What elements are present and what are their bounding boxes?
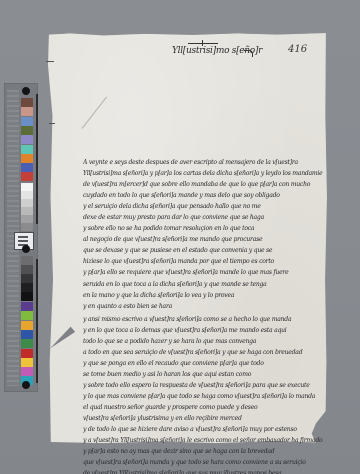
- color-patch: [21, 172, 33, 181]
- text-line: de v[uest]ra m[ercer]d que sobre ello ma…: [83, 179, 323, 190]
- color-patch: [21, 117, 33, 126]
- margin-tick: [49, 123, 55, 124]
- letter-body: A veynte e seys deste despues de aver es…: [83, 157, 323, 474]
- gray-patch: [21, 292, 33, 301]
- text-line: y sobre todo ello espero la respuesta de…: [83, 380, 323, 391]
- margin-tick: [46, 61, 54, 62]
- color-patch: [21, 126, 33, 135]
- text-line: y ansi mismo escrivo a v[uest]ra s[eñori…: [83, 314, 323, 325]
- color-calibration-chart: [4, 83, 38, 392]
- color-patch: [21, 154, 33, 163]
- gray-patch: [21, 215, 33, 223]
- text-line: cuydado en todo lo que s[eñori]a mande y…: [83, 190, 323, 201]
- gray-patch: [21, 256, 33, 265]
- cross-icon: [188, 43, 218, 44]
- registration-dot: [22, 87, 30, 95]
- text-line: se tome buen medio y asi lo haran los qu…: [83, 369, 323, 380]
- color-patch: [21, 339, 33, 348]
- text-line: y de todo lo que se hiziere dare aviso a…: [83, 424, 323, 435]
- text-line: A veynte e seys deste despues de aver es…: [83, 157, 323, 168]
- gray-patch: [21, 191, 33, 199]
- text-line: y en quanto a esto bien se hara: [83, 301, 323, 312]
- text-line: que v[uest]ra s[eñori]a manda y que todo…: [83, 457, 323, 468]
- text-line: y lo que mas conviene p[ar]a que todo se…: [83, 391, 323, 402]
- color-patch: [21, 330, 33, 339]
- text-line: que se dexase y que se pusiese en el est…: [83, 245, 323, 256]
- color-patch: [21, 302, 33, 311]
- text-line: en la mano y que la dicha s[eñori]a lo v…: [83, 290, 323, 301]
- text-line: el qual nuestro señor guarde y prospere …: [83, 402, 323, 413]
- text-line: y en lo que toca a lo demas que v[uest]r…: [83, 325, 323, 336]
- text-line: v[uest]ra s[eñori]a ylustrisima y en ell…: [83, 413, 323, 424]
- color-patch: [21, 311, 33, 320]
- color-patch: [21, 163, 33, 172]
- color-patch: [21, 358, 33, 367]
- gray-patch: [21, 223, 33, 231]
- color-patch: [21, 98, 33, 107]
- chart-rail: [36, 94, 38, 224]
- registration-dot: [22, 245, 30, 253]
- gray-patch: [21, 283, 33, 292]
- text-line: Yll[ustrisi]ma s[eñori]a y p[ar]a los ca…: [83, 168, 323, 179]
- registration-dot: [22, 381, 30, 389]
- text-line: y a v[uest]ra Yll[ustrisi]ma s[eñori]a l…: [83, 435, 323, 446]
- text-line: y el seruiçio dela dicha s[eñori]a que p…: [83, 201, 323, 212]
- gray-patch: [21, 199, 33, 207]
- text-line: de v[uest]ra Yll[ustrisi]ma s[eñori]a qu…: [83, 468, 323, 474]
- text-line: y p[ar]a ello se requiere que v[uest]ra …: [83, 267, 323, 278]
- folio-number: 416: [288, 44, 307, 55]
- flourish-icon: [244, 50, 253, 57]
- text-line: al negoçio de que v[uest]ra s[eñori]a me…: [83, 234, 323, 245]
- text-line: todo lo que se a podido hazer y se hara …: [83, 336, 323, 347]
- color-patch: [21, 107, 33, 116]
- color-patch: [21, 135, 33, 144]
- color-patch: [21, 321, 33, 330]
- text-line: y p[ar]a esto no ay mas que dezir sino q…: [83, 446, 323, 457]
- color-patch: [21, 349, 33, 358]
- gray-patch: [21, 265, 33, 274]
- text-line: hiziese lo que v[uest]ra s[eñori]a manda…: [83, 256, 323, 267]
- gray-patch: [21, 207, 33, 215]
- text-line: dexe de estar muy presto para dar lo que…: [83, 212, 323, 223]
- chart-rail: [36, 259, 38, 383]
- text-line: seruida en lo que toca a la dicha s[eñor…: [83, 279, 323, 290]
- text-line: y que se ponga en ello el recaudo que co…: [83, 358, 323, 369]
- text-line: a todo en que sea seruiçio de v[uest]ra …: [83, 347, 323, 358]
- color-patch: [21, 145, 33, 154]
- text-line: y sobre ello no se ha podido tomar resol…: [83, 223, 323, 234]
- color-patch: [21, 367, 33, 376]
- gray-patch: [21, 183, 33, 191]
- gray-patch: [21, 274, 33, 283]
